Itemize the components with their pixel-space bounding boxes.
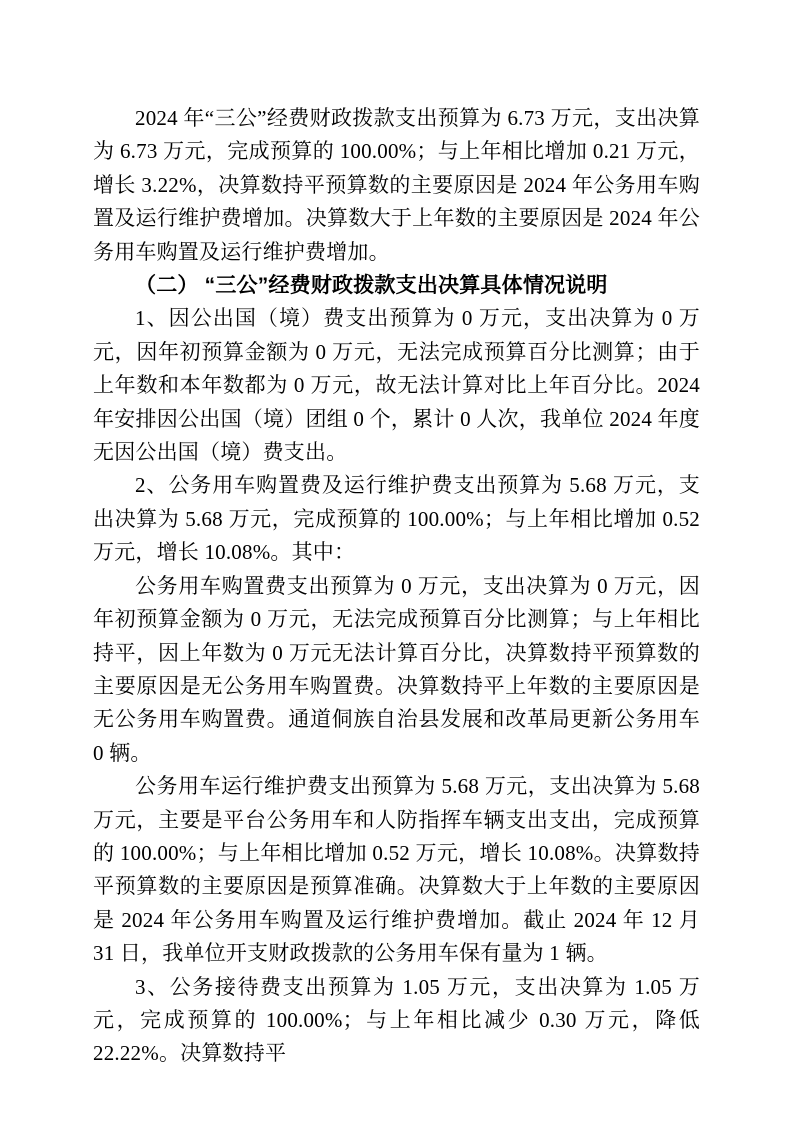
- paragraph-official-reception-expense: 3、公务接待费支出预算为 1.05 万元，支出决算为 1.05 万元，完成预算的…: [93, 971, 700, 1071]
- paragraph-sangong-expense-summary: 2024 年“三公”经费财政拨款支出预算为 6.73 万元，支出决算为 6.73…: [93, 102, 700, 269]
- paragraph-vehicle-maintenance-expense: 公务用车运行维护费支出预算为 5.68 万元，支出决算为 5.68 万元，主要是…: [93, 770, 700, 970]
- section-heading-sangong-details: （二） “三公”经费财政拨款支出决算具体情况说明: [93, 269, 700, 302]
- paragraph-overseas-travel-expense: 1、因公出国（境）费支出预算为 0 万元，支出决算为 0 万元，因年初预算金额为…: [93, 302, 700, 469]
- paragraph-vehicle-purchase-expense: 公务用车购置费支出预算为 0 万元，支出决算为 0 万元，因年初预算金额为 0 …: [93, 570, 700, 770]
- paragraph-official-vehicle-total-expense: 2、公务用车购置费及运行维护费支出预算为 5.68 万元，支出决算为 5.68 …: [93, 469, 700, 569]
- document-page: 2024 年“三公”经费财政拨款支出预算为 6.73 万元，支出决算为 6.73…: [0, 0, 793, 1122]
